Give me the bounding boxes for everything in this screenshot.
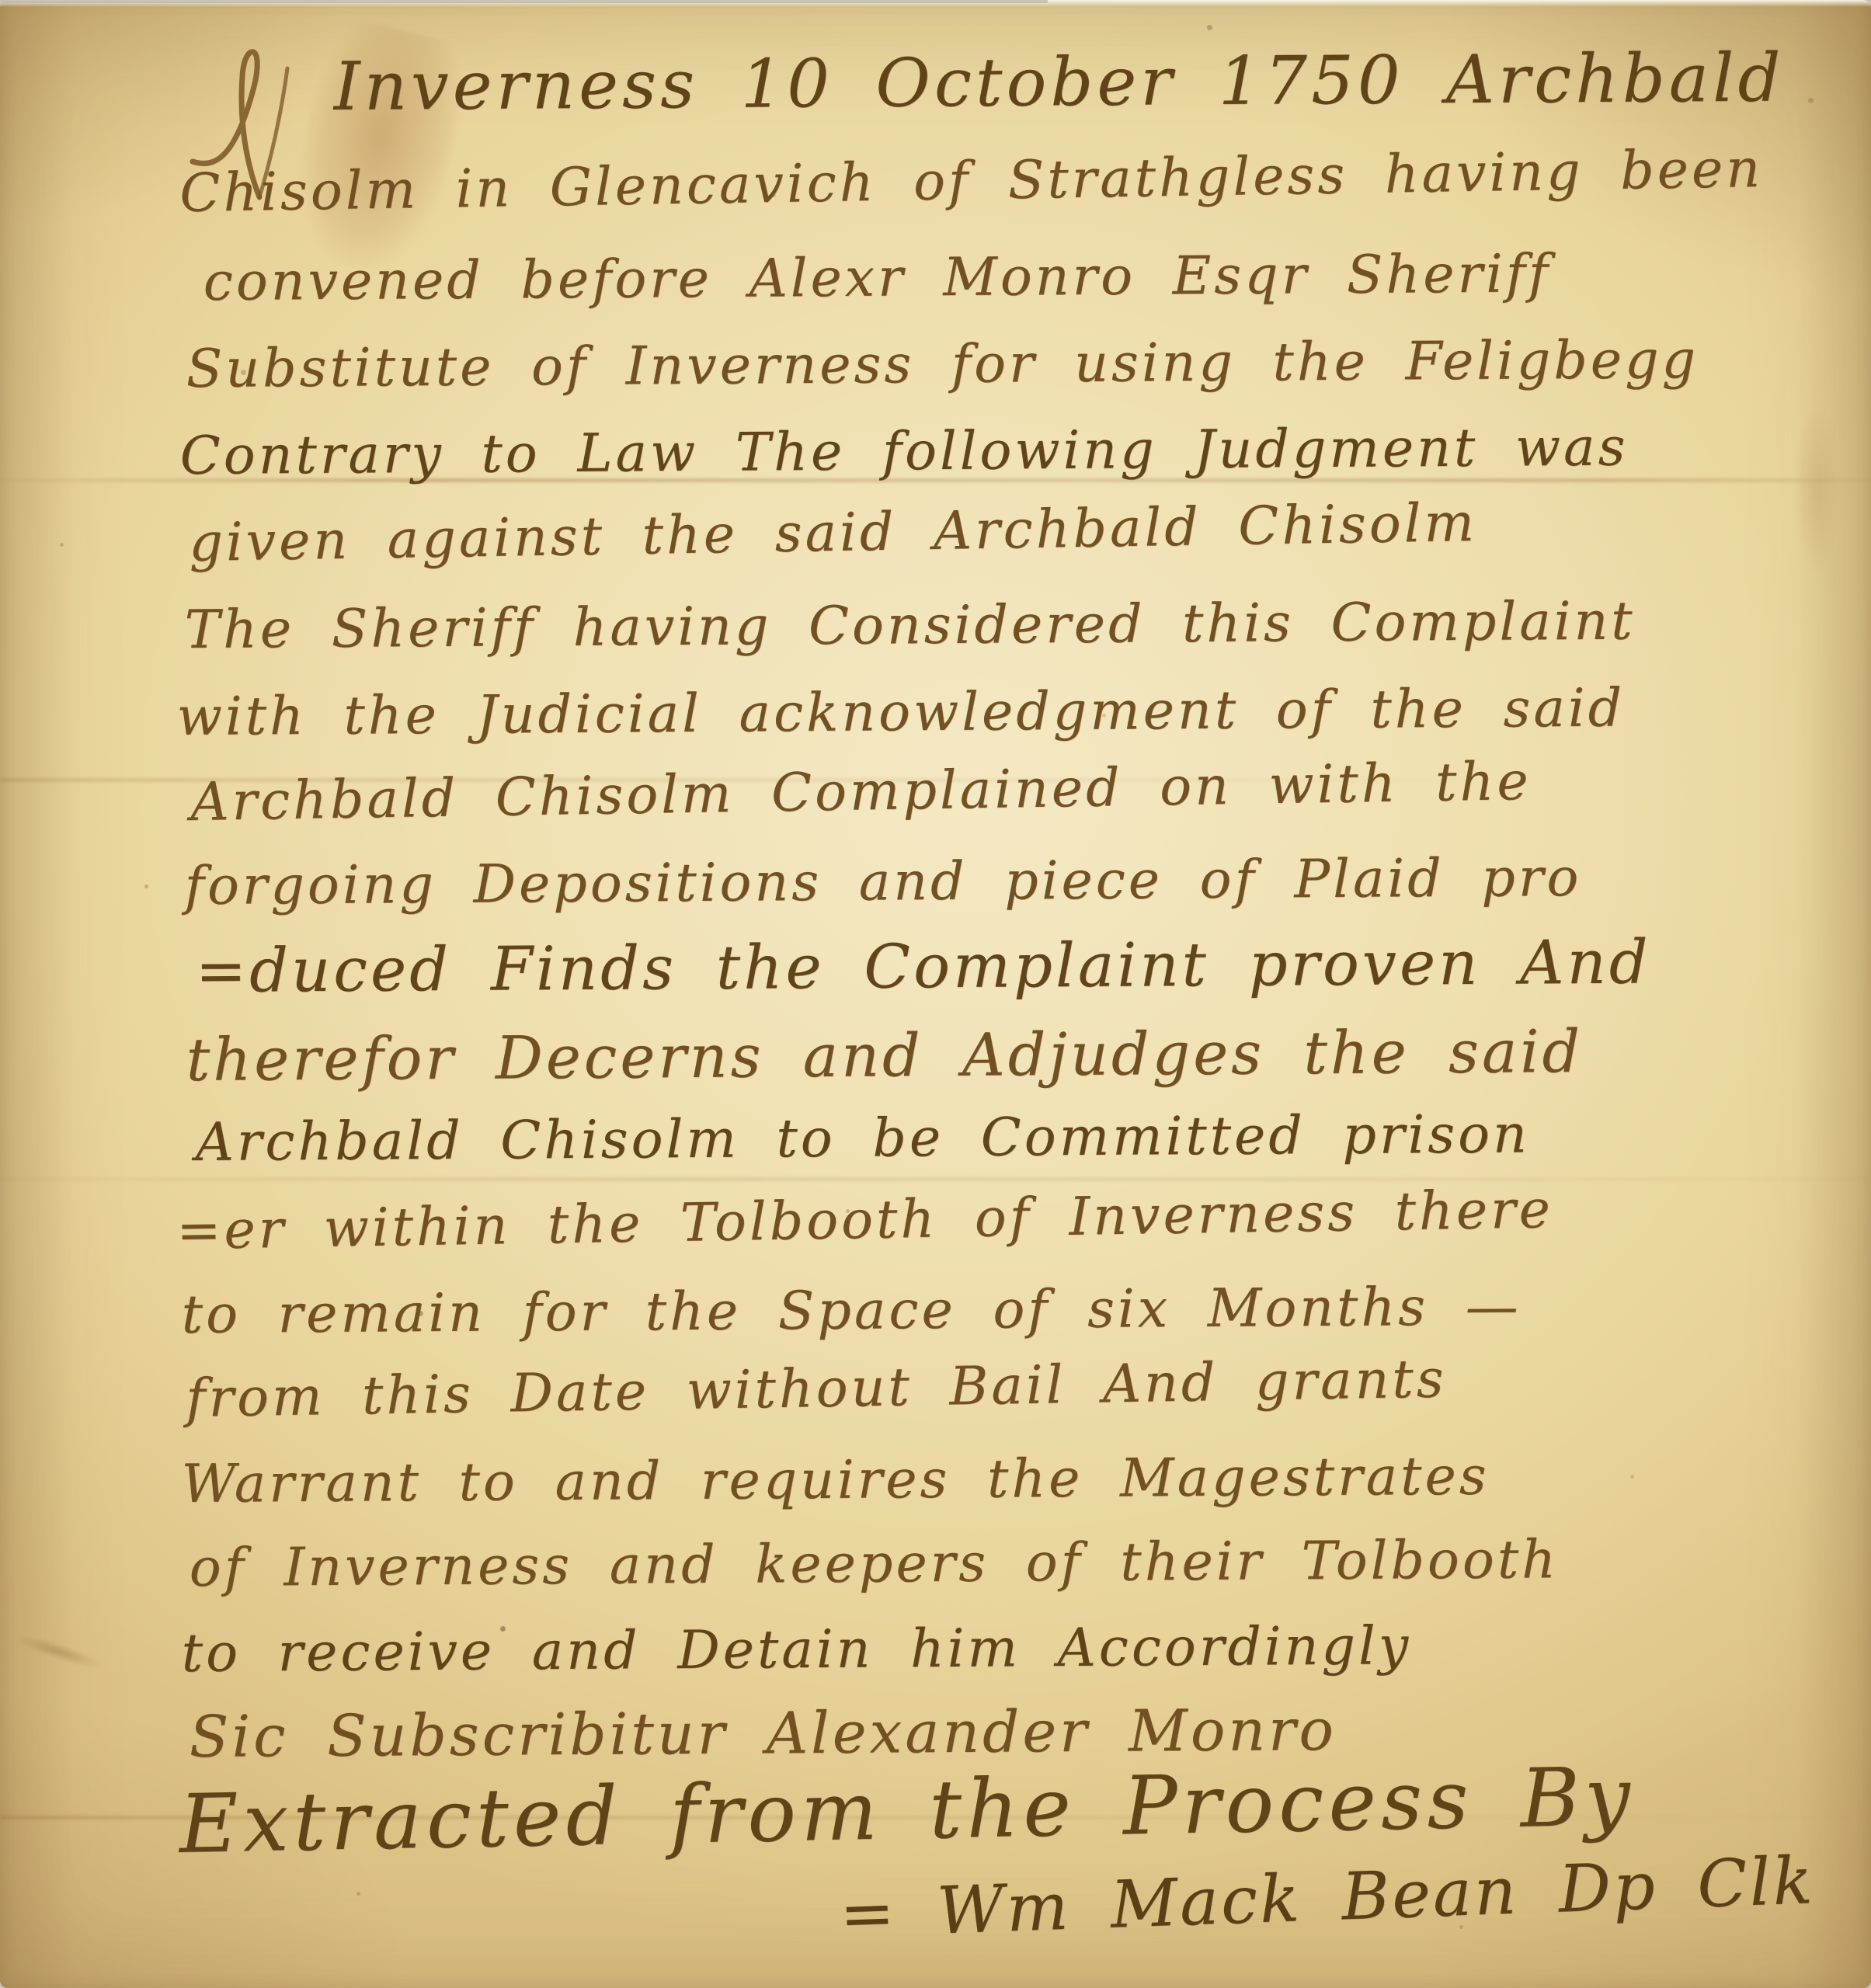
manuscript-line: with the Judicial acknowledgment of the … bbox=[177, 678, 1626, 748]
paper-wrinkle bbox=[2, 1584, 142, 1708]
manuscript-line: given against the said Archbald Chisolm bbox=[189, 492, 1478, 574]
manuscript-line: Inverness 10 October 1750 Archbald bbox=[333, 40, 1784, 126]
manuscript-line: forgoing Depositions and piece of Plaid … bbox=[185, 847, 1582, 917]
scan-edge-line bbox=[0, 0, 1048, 3]
manuscript-line: Archbald Chisolm to be Committed prison bbox=[196, 1104, 1531, 1173]
manuscript-line: convened before Alexr Monro Esqr Sheriff bbox=[203, 243, 1552, 313]
scan-edge-highlight bbox=[0, 0, 1871, 7]
manuscript-line: Contrary to Law The following Judgment w… bbox=[180, 417, 1629, 487]
manuscript-line: to receive and Detain him Accordingly bbox=[182, 1615, 1412, 1684]
manuscript-line: Archbald Chisolm Complained on with the bbox=[190, 751, 1532, 833]
manuscript-line: Warrant to and requires the Magestrates bbox=[182, 1446, 1490, 1515]
manuscript-line: to remain for the Space of six Months — bbox=[182, 1276, 1521, 1346]
manuscript-line: from this Date without Bail And grants bbox=[186, 1349, 1447, 1430]
clerk-signature: = Wm Mack Bean Dp Clk bbox=[839, 1842, 1816, 1952]
fold-crease-3 bbox=[0, 1177, 1871, 1181]
manuscript-line: Chisolm in Glencavich of Strathgless hav… bbox=[179, 138, 1764, 224]
manuscript-line: =duced Finds the Complaint proven And bbox=[195, 928, 1650, 1006]
paper-speckles bbox=[0, 0, 2, 2]
manuscript-line: Substitute of Inverness for using the Fe… bbox=[186, 329, 1699, 400]
manuscript-page: Inverness 10 October 1750 Archbald Chiso… bbox=[0, 0, 1871, 1988]
paper-stain bbox=[1793, 404, 1840, 575]
manuscript-line: therefor Decerns and Adjudges the said bbox=[186, 1017, 1583, 1094]
manuscript-line: The Sheriff having Considered this Compl… bbox=[185, 591, 1636, 661]
manuscript-line: =er within the Tolbooth of Inverness the… bbox=[176, 1179, 1554, 1262]
manuscript-line: of Inverness and keepers of their Tolboo… bbox=[190, 1529, 1560, 1599]
